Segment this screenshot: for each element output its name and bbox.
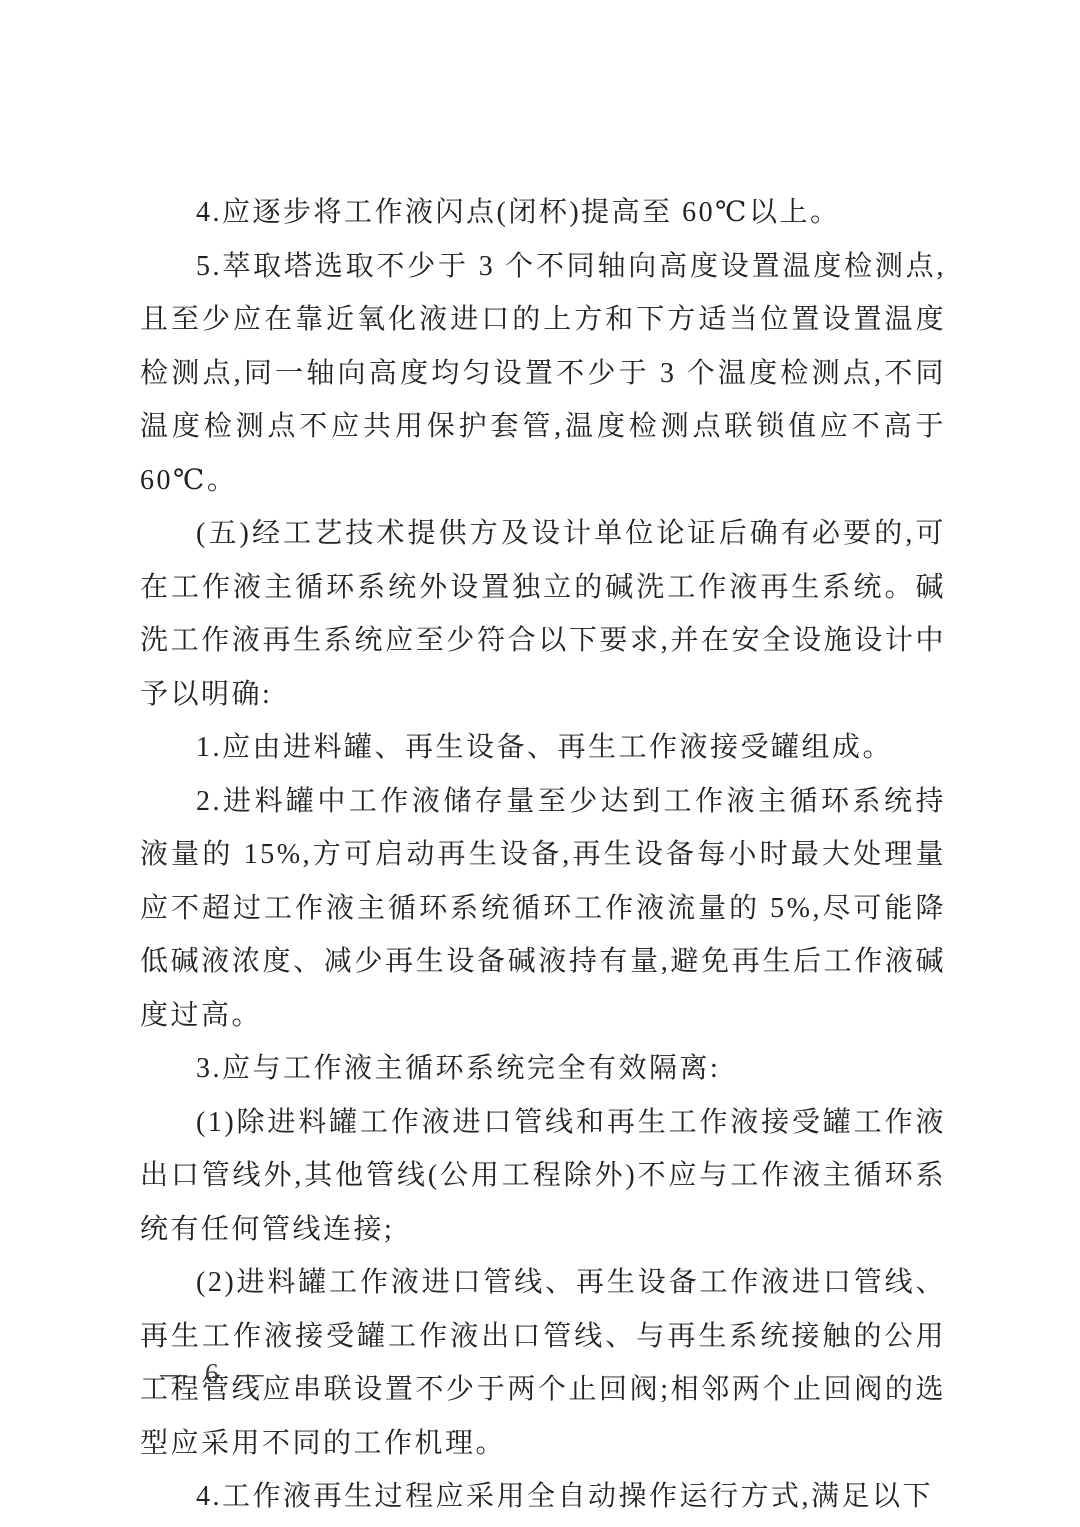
page-number: 6: [205, 1358, 219, 1389]
paragraph-item-2-storage-capacity: 2.进料罐中工作液储存量至少达到工作液主循环系统持液量的 15%,方可启动再生设…: [140, 775, 946, 1043]
page-footer: — 6 —: [160, 1358, 264, 1389]
paragraph-item-3-isolation: 3.应与工作液主循环系统完全有效隔离:: [140, 1042, 946, 1096]
paragraph-subitem-1-pipeline-connections: (1)除进料罐工作液进口管线和再生工作液接受罐工作液出口管线外,其他管线(公用工…: [140, 1096, 946, 1257]
paragraph-item-4-automatic-operation: 4.工作液再生过程应采用全自动操作运行方式,满足以下: [140, 1470, 946, 1524]
paragraph-item-4-flash-point: 4.应逐步将工作液闪点(闭杯)提高至 60℃以上。: [140, 186, 946, 240]
document-page: 4.应逐步将工作液闪点(闭杯)提高至 60℃以上。 5.萃取塔选取不少于 3 个…: [0, 0, 1080, 1527]
paragraph-item-1-composition: 1.应由进料罐、再生设备、再生工作液接受罐组成。: [140, 721, 946, 775]
footer-dash-right: —: [237, 1358, 264, 1389]
document-body: 4.应逐步将工作液闪点(闭杯)提高至 60℃以上。 5.萃取塔选取不少于 3 个…: [140, 186, 946, 1524]
paragraph-item-5-temperature-points: 5.萃取塔选取不少于 3 个不同轴向高度设置温度检测点,且至少应在靠近氧化液进口…: [140, 240, 946, 508]
paragraph-section-5-alkali-wash-regeneration: (五)经工艺技术提供方及设计单位论证后确有必要的,可在工作液主循环系统外设置独立…: [140, 507, 946, 721]
footer-dash-left: —: [160, 1358, 187, 1389]
